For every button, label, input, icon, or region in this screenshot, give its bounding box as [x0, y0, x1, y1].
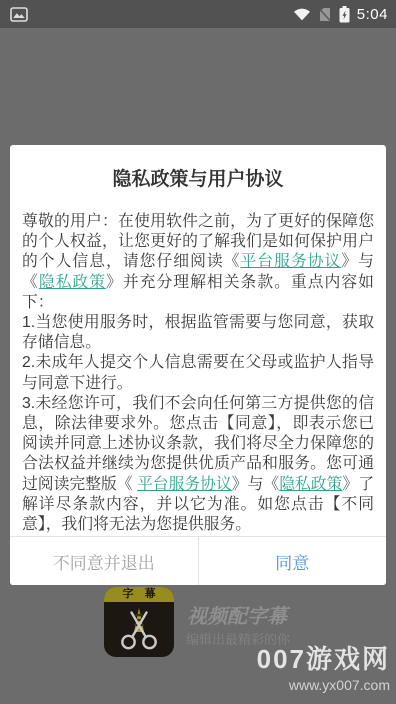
app-title: 视频配字幕: [187, 600, 287, 629]
platform-agreement-link[interactable]: 平台服务协议: [137, 476, 232, 493]
dialog-title: 隐私政策与用户协议: [10, 167, 386, 193]
screen: 5:04 字幕 视频配字幕 编辑出最精彩的你 007游戏网 www.yx007.…: [0, 0, 396, 704]
watermark: 007游戏网 www.yx007.com: [257, 646, 390, 692]
scissors-icon: [115, 605, 163, 657]
platform-agreement-link[interactable]: 平台服务协议: [241, 253, 342, 270]
dialog-footer: 不同意并退出 同意: [10, 536, 386, 585]
app-icon-badge-label: 字幕: [123, 587, 167, 602]
dialog-body: 尊敬的用户：在使用软件之前，为了更好的保障您的个人权益，让您更好的了解我们是如何…: [22, 212, 374, 535]
no-sim-icon: [318, 7, 332, 22]
watermark-url: www.yx007.com: [257, 678, 390, 692]
privacy-policy-link[interactable]: 隐私政策: [39, 274, 106, 291]
battery-charging-icon: [339, 6, 350, 23]
watermark-site-name: 007游戏网: [257, 646, 390, 672]
status-bar-time: 5:04: [357, 6, 388, 23]
agree-button[interactable]: 同意: [199, 537, 387, 585]
privacy-policy-link[interactable]: 隐私政策: [279, 476, 342, 493]
body-text: 》与《: [232, 476, 279, 493]
status-bar: 5:04: [0, 0, 396, 28]
disagree-exit-button[interactable]: 不同意并退出: [10, 537, 199, 585]
body-text: 》并充分理解相关条款。重点内容如下： 1.当您使用服务时，根据监管需要与您同意，…: [22, 274, 374, 493]
app-icon-video-subtitle: 字幕: [104, 587, 174, 657]
privacy-policy-dialog: 隐私政策与用户协议 尊敬的用户：在使用软件之前，为了更好的保障您的个人权益，让您…: [10, 145, 386, 585]
app-icon-badge: 字幕: [104, 587, 174, 602]
photo-icon: [10, 7, 28, 22]
wifi-icon: [293, 7, 311, 21]
